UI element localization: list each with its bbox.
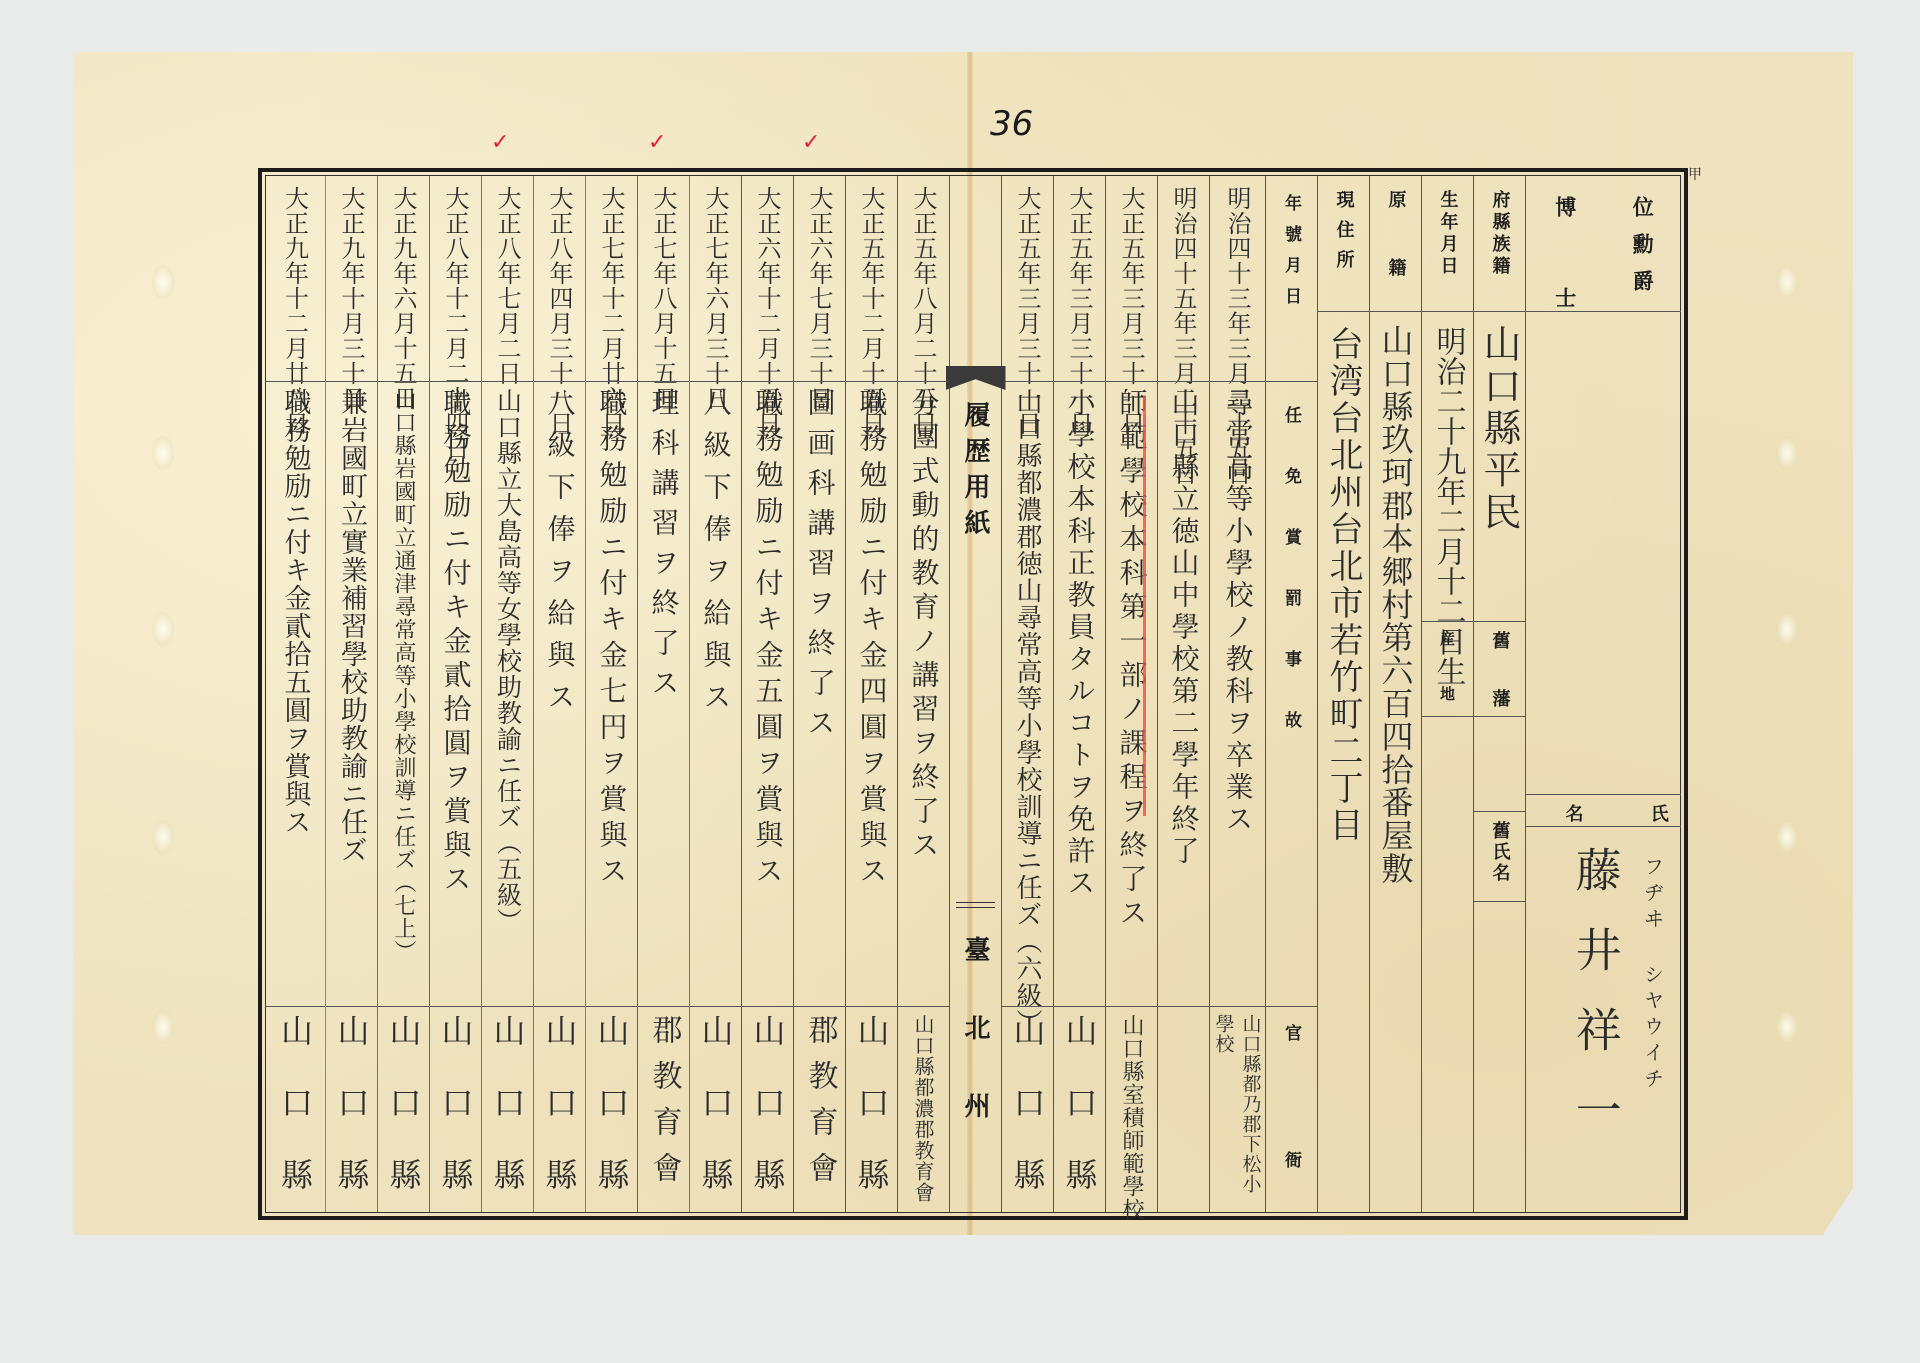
record-row: 大正七年六月三十日 八級下俸ヲ給與ス 山口縣 [689, 176, 741, 1212]
divider [1106, 1006, 1157, 1007]
record-office: 山口縣 [1005, 1014, 1051, 1230]
record-row: 大正九年十二月廿八日 職務勉励ニ付キ金貳拾五圓ヲ賞與ス 山口縣 [265, 176, 325, 1212]
divider [1318, 311, 1369, 312]
record-event: 職務勉励ニ付キ金七円ヲ賞與ス [592, 388, 632, 892]
prefecture-value: 山口縣平民 [1472, 324, 1527, 534]
prefecture-column: 府縣族籍 山口縣平民 舊藩 舊氏名 [1473, 176, 1525, 1212]
divider [1474, 811, 1525, 812]
date-label: 年號月日 [1279, 194, 1304, 318]
divider [430, 1006, 481, 1007]
record-date: 大正八年七月二日 [490, 186, 525, 386]
record-event: 理科講習ヲ終了ス [644, 388, 684, 708]
record-office: 郡教育會 [798, 1014, 842, 1198]
divider [586, 381, 637, 382]
record-row: 大正七年八月十五日 理科講習ヲ終了ス 郡教育會 [637, 176, 689, 1212]
divider [1266, 1006, 1317, 1007]
record-date: 大正七年六月三十日 [698, 186, 733, 411]
divider [482, 1006, 533, 1007]
divider [1054, 1006, 1105, 1007]
check-mark-icon: ✓ [491, 130, 509, 155]
divider [1474, 716, 1525, 717]
record-event: 山口縣立徳山中學校第二學年終了 [1164, 388, 1204, 868]
name-value: 藤井祥一 [1563, 846, 1629, 1166]
birthdate-column: 生年月日 明治二十九年二月十二日生 産地 [1421, 176, 1473, 1212]
divider [846, 381, 897, 382]
paper-emboss [1776, 820, 1798, 854]
record-row: 大正五年三月三十一日 山口縣都濃郡徳山尋常高等小學校訓導ニ任ズ（六級） 山口縣 [1001, 176, 1053, 1212]
divider [430, 381, 481, 382]
divider [326, 1006, 377, 1007]
record-row: 大正九年六月十五日 山口縣岩國町立通津尋常高等小學校訓導ニ任ズ（七上） 山口縣 [377, 176, 429, 1212]
record-office: 山口縣 [329, 1014, 375, 1230]
corner-mark: 甲 [1688, 164, 1702, 184]
residence-label: 現住所 [1331, 190, 1357, 280]
record-office: 山口縣 [1057, 1014, 1103, 1230]
record-office: 山口縣 [589, 1014, 635, 1230]
ribbon-ornament-icon [946, 366, 1006, 390]
divider [1370, 311, 1421, 312]
former-name-label: 舊氏名 [1487, 821, 1513, 884]
divider [1266, 381, 1317, 382]
paper-emboss [1776, 612, 1798, 646]
divider [378, 381, 429, 382]
old-domain-label: 舊藩 [1487, 631, 1513, 747]
birthdate-label: 生年月日 [1435, 190, 1461, 278]
paper-emboss [152, 265, 174, 299]
divider [794, 381, 845, 382]
record-label-column: 年號月日 任免賞罰事故 官衙 [1265, 176, 1317, 1212]
record-event: 圖画科講習ヲ終了ス [800, 388, 840, 748]
paper-emboss [1776, 1010, 1798, 1044]
record-row: 大正八年四月三十一日 八級下俸ヲ給與ス 山口縣 [533, 176, 585, 1212]
divider [638, 1006, 689, 1007]
record-row: 大正六年七月三十日 圖画科講習ヲ終了ス 郡教育會 [793, 176, 845, 1212]
record-office: 山口縣 [745, 1014, 791, 1230]
divider [898, 381, 949, 382]
divider [326, 381, 377, 382]
divider [482, 381, 533, 382]
check-mark-icon: ✓ [648, 130, 666, 155]
paper-emboss [152, 436, 174, 470]
record-event: 職務勉励ニ付キ金貳拾圓ヲ賞與ス [436, 388, 476, 898]
divider [1106, 381, 1157, 382]
record-row: 大正五年三月三十一日 師範學校本科第一部ノ課程ヲ終了ス 山口縣室積師範學校 [1105, 176, 1157, 1212]
prefecture-label: 府縣族籍 [1487, 190, 1513, 278]
record-event: 職務勉励ニ付キ金四圓ヲ賞與ス [852, 388, 892, 892]
divider [742, 1006, 793, 1007]
divider [742, 381, 793, 382]
check-mark-icon: ✓ [802, 130, 820, 155]
record-row: 大正五年十二月十五日 職務勉励ニ付キ金四圓ヲ賞與ス 山口縣 [845, 176, 897, 1212]
record-office: 山口縣室積師範學校 [1116, 1014, 1147, 1221]
event-label: 任免賞罰事故 [1279, 406, 1304, 772]
record-date: 大正九年六月十五日 [386, 186, 421, 411]
residence-value: 台湾台北州台北市若竹町二丁目 [1319, 326, 1368, 844]
red-pencil-mark [1143, 396, 1146, 816]
record-office: 山口縣都乃郡下松小學校 [1211, 1014, 1265, 1204]
divider [1422, 311, 1473, 312]
divider [846, 1006, 897, 1007]
divider [1158, 381, 1209, 382]
record-event: 山口縣岩國町立通津尋常高等小學校訓導ニ任ズ（七上） [388, 388, 419, 963]
domicile-label: 原籍 [1383, 190, 1409, 326]
birthplace-label: 産地 [1437, 631, 1458, 741]
divider [265, 381, 325, 382]
divider [1054, 381, 1105, 382]
name-furigana: フヂヰ シヤウイチ [1639, 856, 1668, 1094]
record-date: 大正六年七月三十日 [802, 186, 837, 411]
domicile-column: 原籍 山口縣玖珂郡本郷村第六百四拾番屋敷 [1369, 176, 1421, 1212]
divider [1158, 1006, 1209, 1007]
divider [586, 1006, 637, 1007]
record-office: 山口縣 [381, 1014, 427, 1230]
divider [638, 381, 689, 382]
doctor-label: 博士 [1550, 196, 1580, 378]
record-row: 大正八年七月二日 山口縣立大島高等女學校助教諭ニ任ズ（五級） 山口縣 [481, 176, 533, 1212]
record-row: 大正七年十二月廿六日 職務勉励ニ付キ金七円ヲ賞與ス 山口縣 [585, 176, 637, 1212]
record-event: 山口縣都濃郡徳山尋常高等小學校訓導ニ任ズ（六級） [1009, 388, 1046, 1036]
record-office: 山口縣 [537, 1014, 583, 1230]
record-office: 山口縣 [693, 1014, 739, 1230]
record-event: 八級下俸ヲ給與ス [696, 388, 736, 724]
record-date: 大正七年八月十五日 [646, 186, 681, 411]
record-event: 職務勉励ニ付キ金五圓ヲ賞與ス [748, 388, 788, 892]
divider [1210, 1006, 1265, 1007]
record-row: 明治四十三年三月二十五日 尋常高等小學校ノ教科ヲ卒業ス 山口縣都乃郡下松小學校 [1209, 176, 1265, 1212]
record-office: 山口縣 [485, 1014, 531, 1230]
divider [1210, 381, 1265, 382]
rank-label: 位勳爵 [1627, 196, 1657, 307]
record-event: 職務勉励ニ付キ金貳拾五圓ヲ賞與ス [276, 388, 315, 836]
paper-emboss [152, 820, 174, 854]
record-row: 大正六年十二月十五日 職務勉励ニ付キ金五圓ヲ賞與ス 山口縣 [741, 176, 793, 1212]
record-row: 大正九年十月三十日 兼岩國町立實業補習學校助教諭ニ任ズ 山口縣 [325, 176, 377, 1212]
paper-emboss [1776, 436, 1798, 470]
divider [690, 1006, 741, 1007]
record-event: 小學校本科正教員タルコトヲ免許ス [1060, 388, 1100, 900]
divider [1422, 621, 1473, 622]
issuer-label: 臺北州 [957, 936, 994, 1170]
divider [378, 1006, 429, 1007]
record-row: 大正八年十二月二十四日 職務勉励ニ付キ金貳拾圓ヲ賞與ス 山口縣 [429, 176, 481, 1212]
divider [1422, 716, 1473, 717]
record-event: 尋常高等小學校ノ教科ヲ卒業ス [1218, 388, 1258, 836]
divider [534, 1006, 585, 1007]
divider [794, 1006, 845, 1007]
page-number: 36 [990, 104, 1033, 144]
rank-name-column: 位勳爵 博士 氏 名 藤井祥一 フヂヰ シヤウイチ [1525, 176, 1681, 1212]
record-event: 分團式動的教育ノ講習ヲ終了ス [904, 388, 944, 864]
form-spine: 履歴用紙 臺北州 [949, 176, 1001, 1212]
record-row: 大正五年三月三十一日 小學校本科正教員タルコトヲ免許ス 山口縣 [1053, 176, 1105, 1212]
form-title: 履歴用紙 [957, 401, 994, 545]
record-row: 大正五年八月二十五日 分團式動的教育ノ講習ヲ終了ス 山口縣都濃郡教育會 [897, 176, 949, 1212]
record-office: 山口縣 [433, 1014, 479, 1230]
record-event: 山口縣立大島高等女學校助教諭ニ任ズ（五級） [490, 388, 526, 934]
divider [1474, 621, 1525, 622]
divider [690, 381, 741, 382]
paper-emboss [1776, 265, 1798, 299]
divider [1526, 794, 1681, 795]
divider [1474, 901, 1525, 902]
domicile-value: 山口縣玖珂郡本郷村第六百四拾番屋敷 [1373, 324, 1419, 885]
record-office: 山口縣 [849, 1014, 895, 1230]
record-row: 明治四十五年三月二十五日 山口縣立徳山中學校第二學年終了 [1157, 176, 1209, 1212]
divider [1002, 381, 1053, 382]
paper-emboss [152, 612, 174, 646]
record-event: 兼岩國町立實業補習學校助教諭ニ任ズ [332, 388, 371, 864]
divider [1526, 311, 1681, 312]
record-event: 八級下俸ヲ給與ス [540, 388, 580, 724]
divider [265, 1006, 325, 1007]
given-name-label: 名 [1560, 804, 1586, 823]
surname-label: 氏 [1645, 804, 1671, 823]
double-rule [956, 902, 995, 908]
divider [534, 381, 585, 382]
divider [1002, 1006, 1053, 1007]
office-label: 官衙 [1279, 1024, 1304, 1278]
divider [1474, 311, 1525, 312]
residence-column: 現住所 台湾台北州台北市若竹町二丁目 [1317, 176, 1369, 1212]
record-office: 山口縣 [272, 1014, 318, 1230]
record-office: 山口縣都濃郡教育會 [909, 1014, 938, 1203]
paper-emboss [152, 1010, 174, 1044]
record-date: 大正九年十月三十日 [334, 186, 369, 411]
divider [1526, 826, 1681, 827]
record-office: 郡教育會 [642, 1014, 686, 1198]
divider [898, 1006, 949, 1007]
